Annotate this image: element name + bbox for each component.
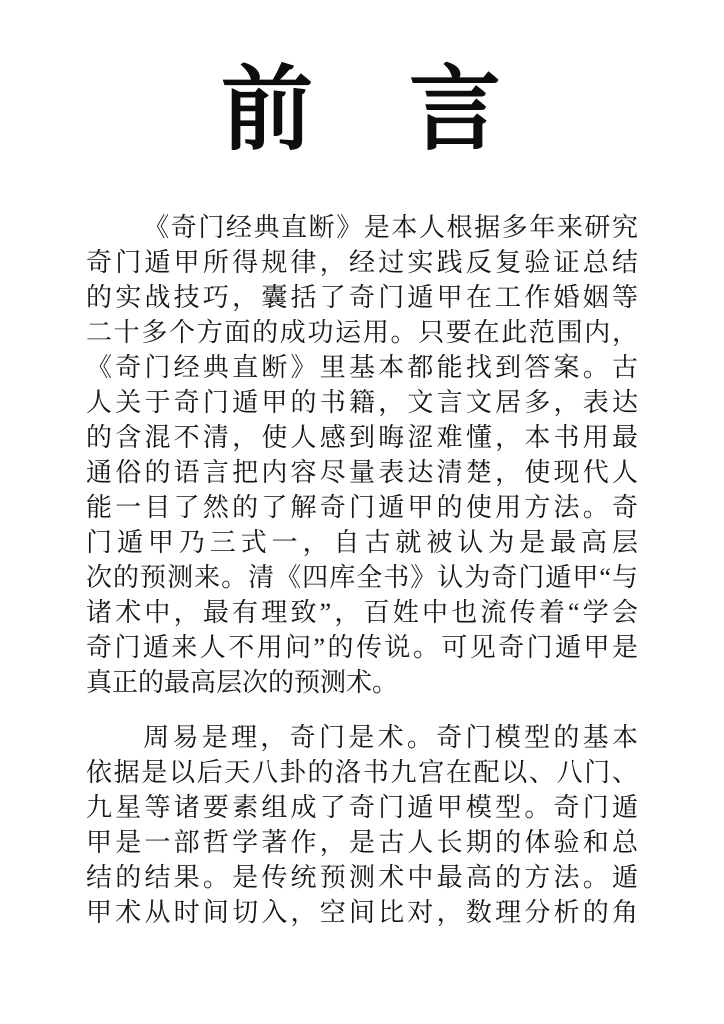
text-line: 奇门遁甲所得规律，经过实践反复验证总结 <box>86 245 638 280</box>
text-line: 能一目了然的了解奇门遁甲的使用方法。奇 <box>86 490 638 525</box>
text-line: 结的结果。是传统预测术中最高的方法。遁 <box>86 860 638 895</box>
text-line: 的实战技巧，囊括了奇门遁甲在工作婚姻等 <box>86 280 638 315</box>
text-line: 奇门遁来人不用问”的传说。可见奇门遁甲是 <box>86 630 638 665</box>
text-line: 次的预测来。清《四库全书》认为奇门遁甲“与 <box>86 560 638 595</box>
paragraph: 《奇门经典直断》是本人根据多年来研究奇门遁甲所得规律，经过实践反复验证总结的实战… <box>86 210 638 700</box>
text-line: 的含混不清，使人感到晦涩难懂，本书用最 <box>86 420 638 455</box>
text-line: 二十多个方面的成功运用。只要在此范围内， <box>86 315 638 350</box>
text-line: 人关于奇门遁甲的书籍，文言文居多，表达 <box>86 385 638 420</box>
text-line: 《奇门经典直断》里基本都能找到答案。古 <box>86 350 638 385</box>
text-line: 九星等诸要素组成了奇门遁甲模型。奇门遁 <box>86 790 638 825</box>
text-line: 《奇门经典直断》是本人根据多年来研究 <box>86 210 638 245</box>
text-line: 周易是理，奇门是术。奇门模型的基本 <box>86 720 638 755</box>
body-text: 《奇门经典直断》是本人根据多年来研究奇门遁甲所得规律，经过实践反复验证总结的实战… <box>86 210 638 930</box>
scanned-book-page: 前 言 《奇门经典直断》是本人根据多年来研究奇门遁甲所得规律，经过实践反复验证总… <box>0 0 724 1024</box>
text-line: 诸术中，最有理致”，百姓中也流传着“学会 <box>86 595 638 630</box>
paragraph: 周易是理，奇门是术。奇门模型的基本依据是以后天八卦的洛书九宫在配以、八门、九星等… <box>86 720 638 930</box>
text-line: 甲是一部哲学著作，是古人长期的体验和总 <box>86 825 638 860</box>
text-line: 门遁甲乃三式一，自古就被认为是最高层 <box>86 525 638 560</box>
text-line: 依据是以后天八卦的洛书九宫在配以、八门、 <box>86 755 638 790</box>
page-title: 前 言 <box>0 0 724 170</box>
text-line: 真正的最高层次的预测术。 <box>86 665 638 700</box>
text-line: 通俗的语言把内容尽量表达清楚，使现代人 <box>86 455 638 490</box>
text-line: 甲术从时间切入，空间比对，数理分析的角 <box>86 895 638 930</box>
